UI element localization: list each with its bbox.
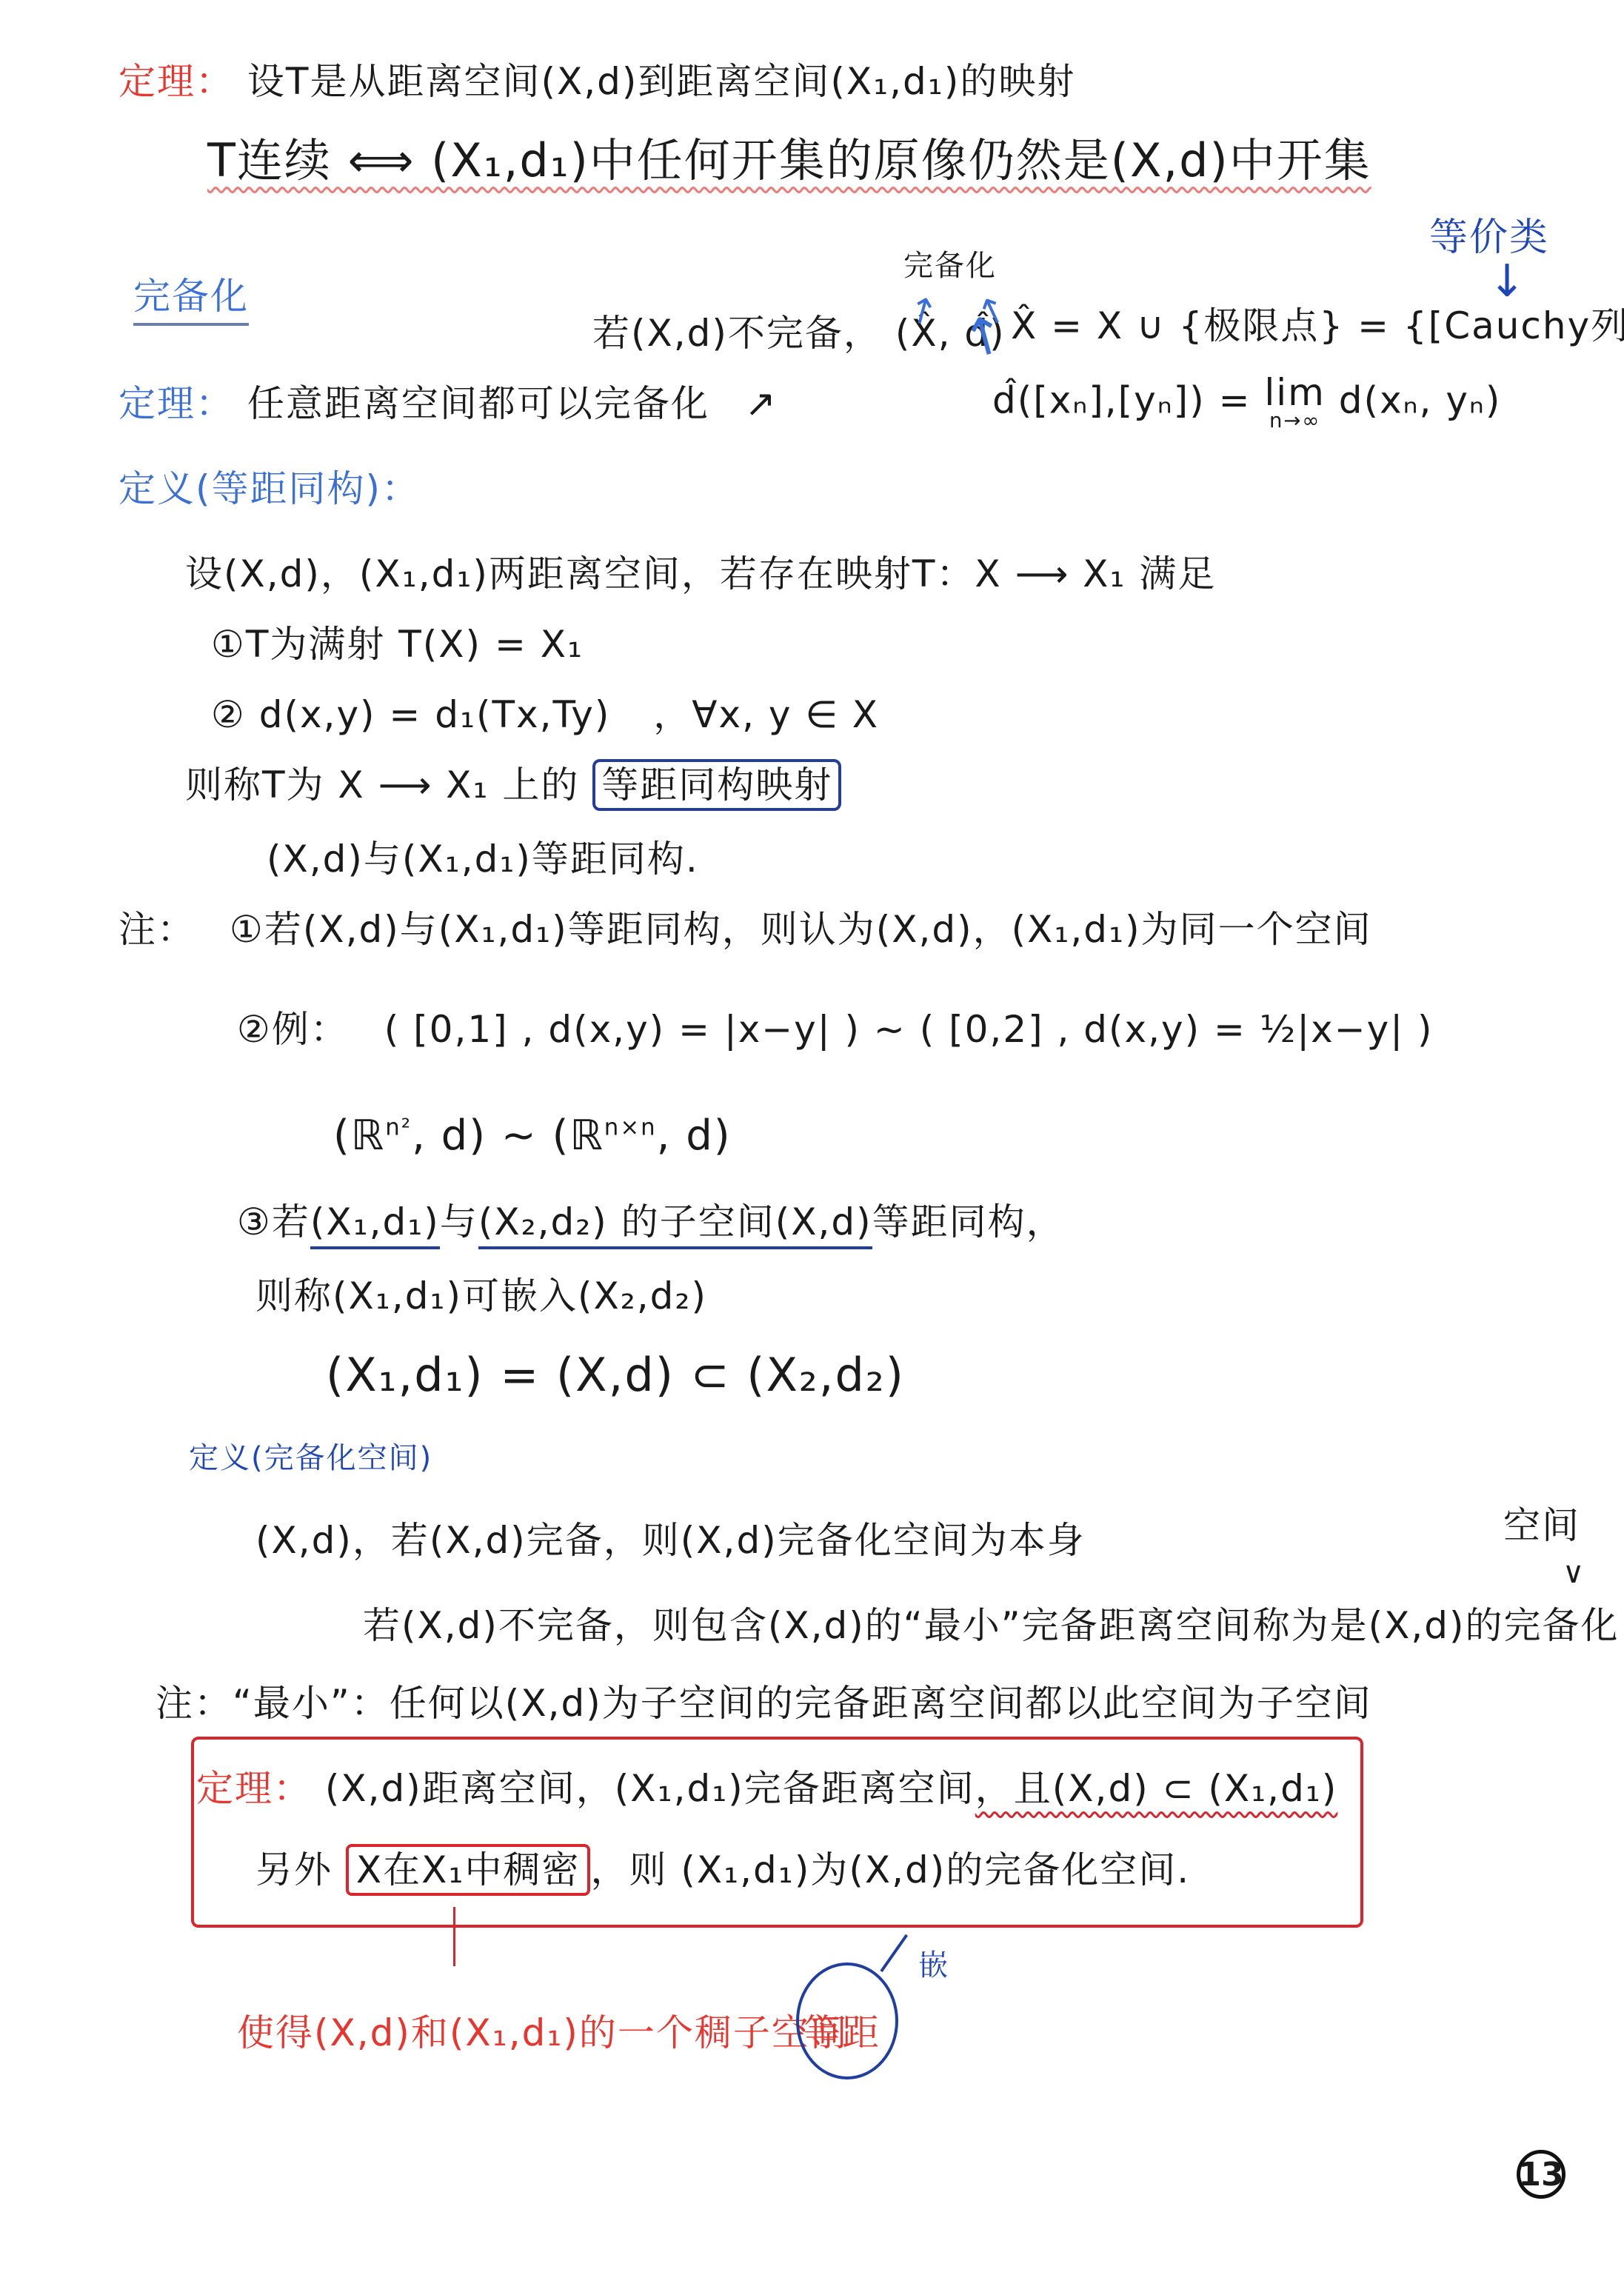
note2: ②例： ( [0,1] , d(x,y) = |x−y| ) ∼ ( [0,2]…: [237, 1007, 1433, 1052]
page-number-badge: 13: [1517, 2150, 1565, 2199]
caret-insert-icon: ∨: [1563, 1555, 1585, 1591]
limit-operator: lim n→∞: [1264, 374, 1326, 432]
theorem2-label: 定理：: [196, 1767, 312, 1810]
arrow-down-icon: ↓: [1488, 259, 1526, 304]
arrow-small-icon: ↗: [745, 382, 778, 425]
note3-underlined-2: (X₂,d₂) 的子空间(X,d): [478, 1200, 872, 1249]
arrow-up-left-icon: ↖: [972, 289, 1012, 333]
completion-space-line1: (X,d)，若(X,d)完备，则(X,d)完备化空间为本身: [255, 1518, 1086, 1563]
hat-d-rhs: d(xₙ, yₙ): [1339, 378, 1502, 421]
theorem1-label: 定理：: [118, 60, 234, 103]
footnote-annotation: 嵌: [918, 1948, 949, 1983]
theorem2-dense-box: X在X₁中稠密: [346, 1844, 591, 1896]
completion-heading: 完备化: [133, 274, 249, 326]
isometry-intro: 设(X,d)，(X₁,d₁)两距离空间，若存在映射T：X ⟶ X₁ 满足: [185, 552, 1216, 596]
cond2-formula: ② d(x,y) = d₁(Tx,Ty): [211, 693, 610, 736]
note2-example2: (ℝn², d) ∼ (ℝn×n, d): [333, 1111, 732, 1160]
isometry-cond1: ①T为满射 T(X) = X₁: [211, 622, 584, 667]
footnote-circled: 等距: [803, 2011, 880, 2055]
completion-space-heading: 定义(完备化空间): [189, 1440, 432, 1476]
note3-then: 则称(X₁,d₁)可嵌入(X₂,d₂): [255, 1274, 707, 1318]
if-not-complete-text: 若(X,d)不完备，: [592, 312, 882, 355]
note3-underlined-1: (X₁,d₁): [310, 1200, 440, 1249]
annotation-completion: 完备化: [903, 248, 997, 284]
cond2-quantifier: ，∀x, y ∈ X: [653, 693, 879, 736]
footnote-text: 使得(X,d)和(X₁,d₁)的一个稠子空间: [237, 2011, 849, 2055]
note3-formula: (X₁,d₁) = (X,d) ⊂ (X₂,d₂): [326, 1348, 905, 1403]
note3: ③若(X₁,d₁)与(X₂,d₂) 的子空间(X,d)等距同构，: [237, 1200, 1065, 1244]
theorem2-frame: [191, 1737, 1363, 1928]
hat-d-lhs: d̂([xₙ],[yₙ]) =: [992, 378, 1251, 421]
isometry-heading: 定义(等距同构)：: [118, 467, 420, 511]
completion-theorem-label: 定理：: [118, 382, 234, 425]
theorem1-block: 定理： 设T是从距离空间(X,d)到距离空间(X₁,d₁)的映射: [118, 59, 1075, 104]
note2-example1: ( [0,1] , d(x,y) = |x−y| ) ∼ ( [0,2] , d…: [384, 1008, 1434, 1051]
isometry-then: 则称T为 X ⟶ X₁ 上的 等距同构映射: [185, 763, 841, 807]
notes-label: 注：: [118, 907, 196, 952]
connector-line: [453, 1907, 455, 1966]
note1: ①若(X,d)与(X₁,d₁)等距同构，则认为(X,d)，(X₁,d₁)为同一个…: [230, 907, 1372, 952]
annotation-line: [880, 1934, 908, 1972]
completion-theorem: 定理： 任意距离空间都可以完备化 ↗: [118, 381, 778, 426]
theorem1-line2: T连续 ⟺ (X₁,d₁)中任何开集的原像仍然是(X,d)中开集: [207, 133, 1371, 188]
isometry-cond2: ② d(x,y) = d₁(Tx,Ty) ，∀x, y ∈ X: [211, 692, 879, 737]
then-prefix: 则称T为 X ⟶ X₁ 上的: [185, 764, 579, 806]
note2-label: ②例：: [237, 1008, 349, 1051]
completion-theorem-text: 任意距离空间都可以完备化: [247, 382, 709, 425]
theorem2-line1: 定理： (X,d)距离空间，(X₁,d₁)完备距离空间，且(X,d) ⊂ (X₁…: [196, 1766, 1337, 1811]
isometry-conclusion: (X,d)与(X₁,d₁)等距同构.: [267, 837, 699, 881]
theorem2-line2: 另外 X在X₁中稠密，则 (X₁,d₁)为(X,d)的完备化空间.: [255, 1848, 1190, 1892]
margin-note-space: 空间: [1503, 1503, 1580, 1548]
hat-x-definition: X̂ = X ∪ {极限点} = {[Cauchy列]}: [1011, 304, 1624, 348]
hat-d-definition: d̂([xₙ],[yₙ]) = lim n→∞ d(xₙ, yₙ): [992, 374, 1501, 432]
then-boxed: 等距同构映射: [592, 759, 841, 811]
completion-space-note: 注：“最小”：任何以(X,d)为子空间的完备距离空间都以此空间为子空间: [156, 1681, 1372, 1726]
theorem1-line1: 设T是从距离空间(X,d)到距离空间(X₁,d₁)的映射: [247, 60, 1075, 103]
annotation-equiv-class: 等价类: [1429, 215, 1549, 261]
completion-space-line2: 若(X,d)不完备，则包含(X,d)的“最小”完备距离空间称为是(X,d)的完备…: [363, 1603, 1620, 1648]
theorem2-condition: ，且(X,d) ⊂ (X₁,d₁): [975, 1767, 1338, 1810]
